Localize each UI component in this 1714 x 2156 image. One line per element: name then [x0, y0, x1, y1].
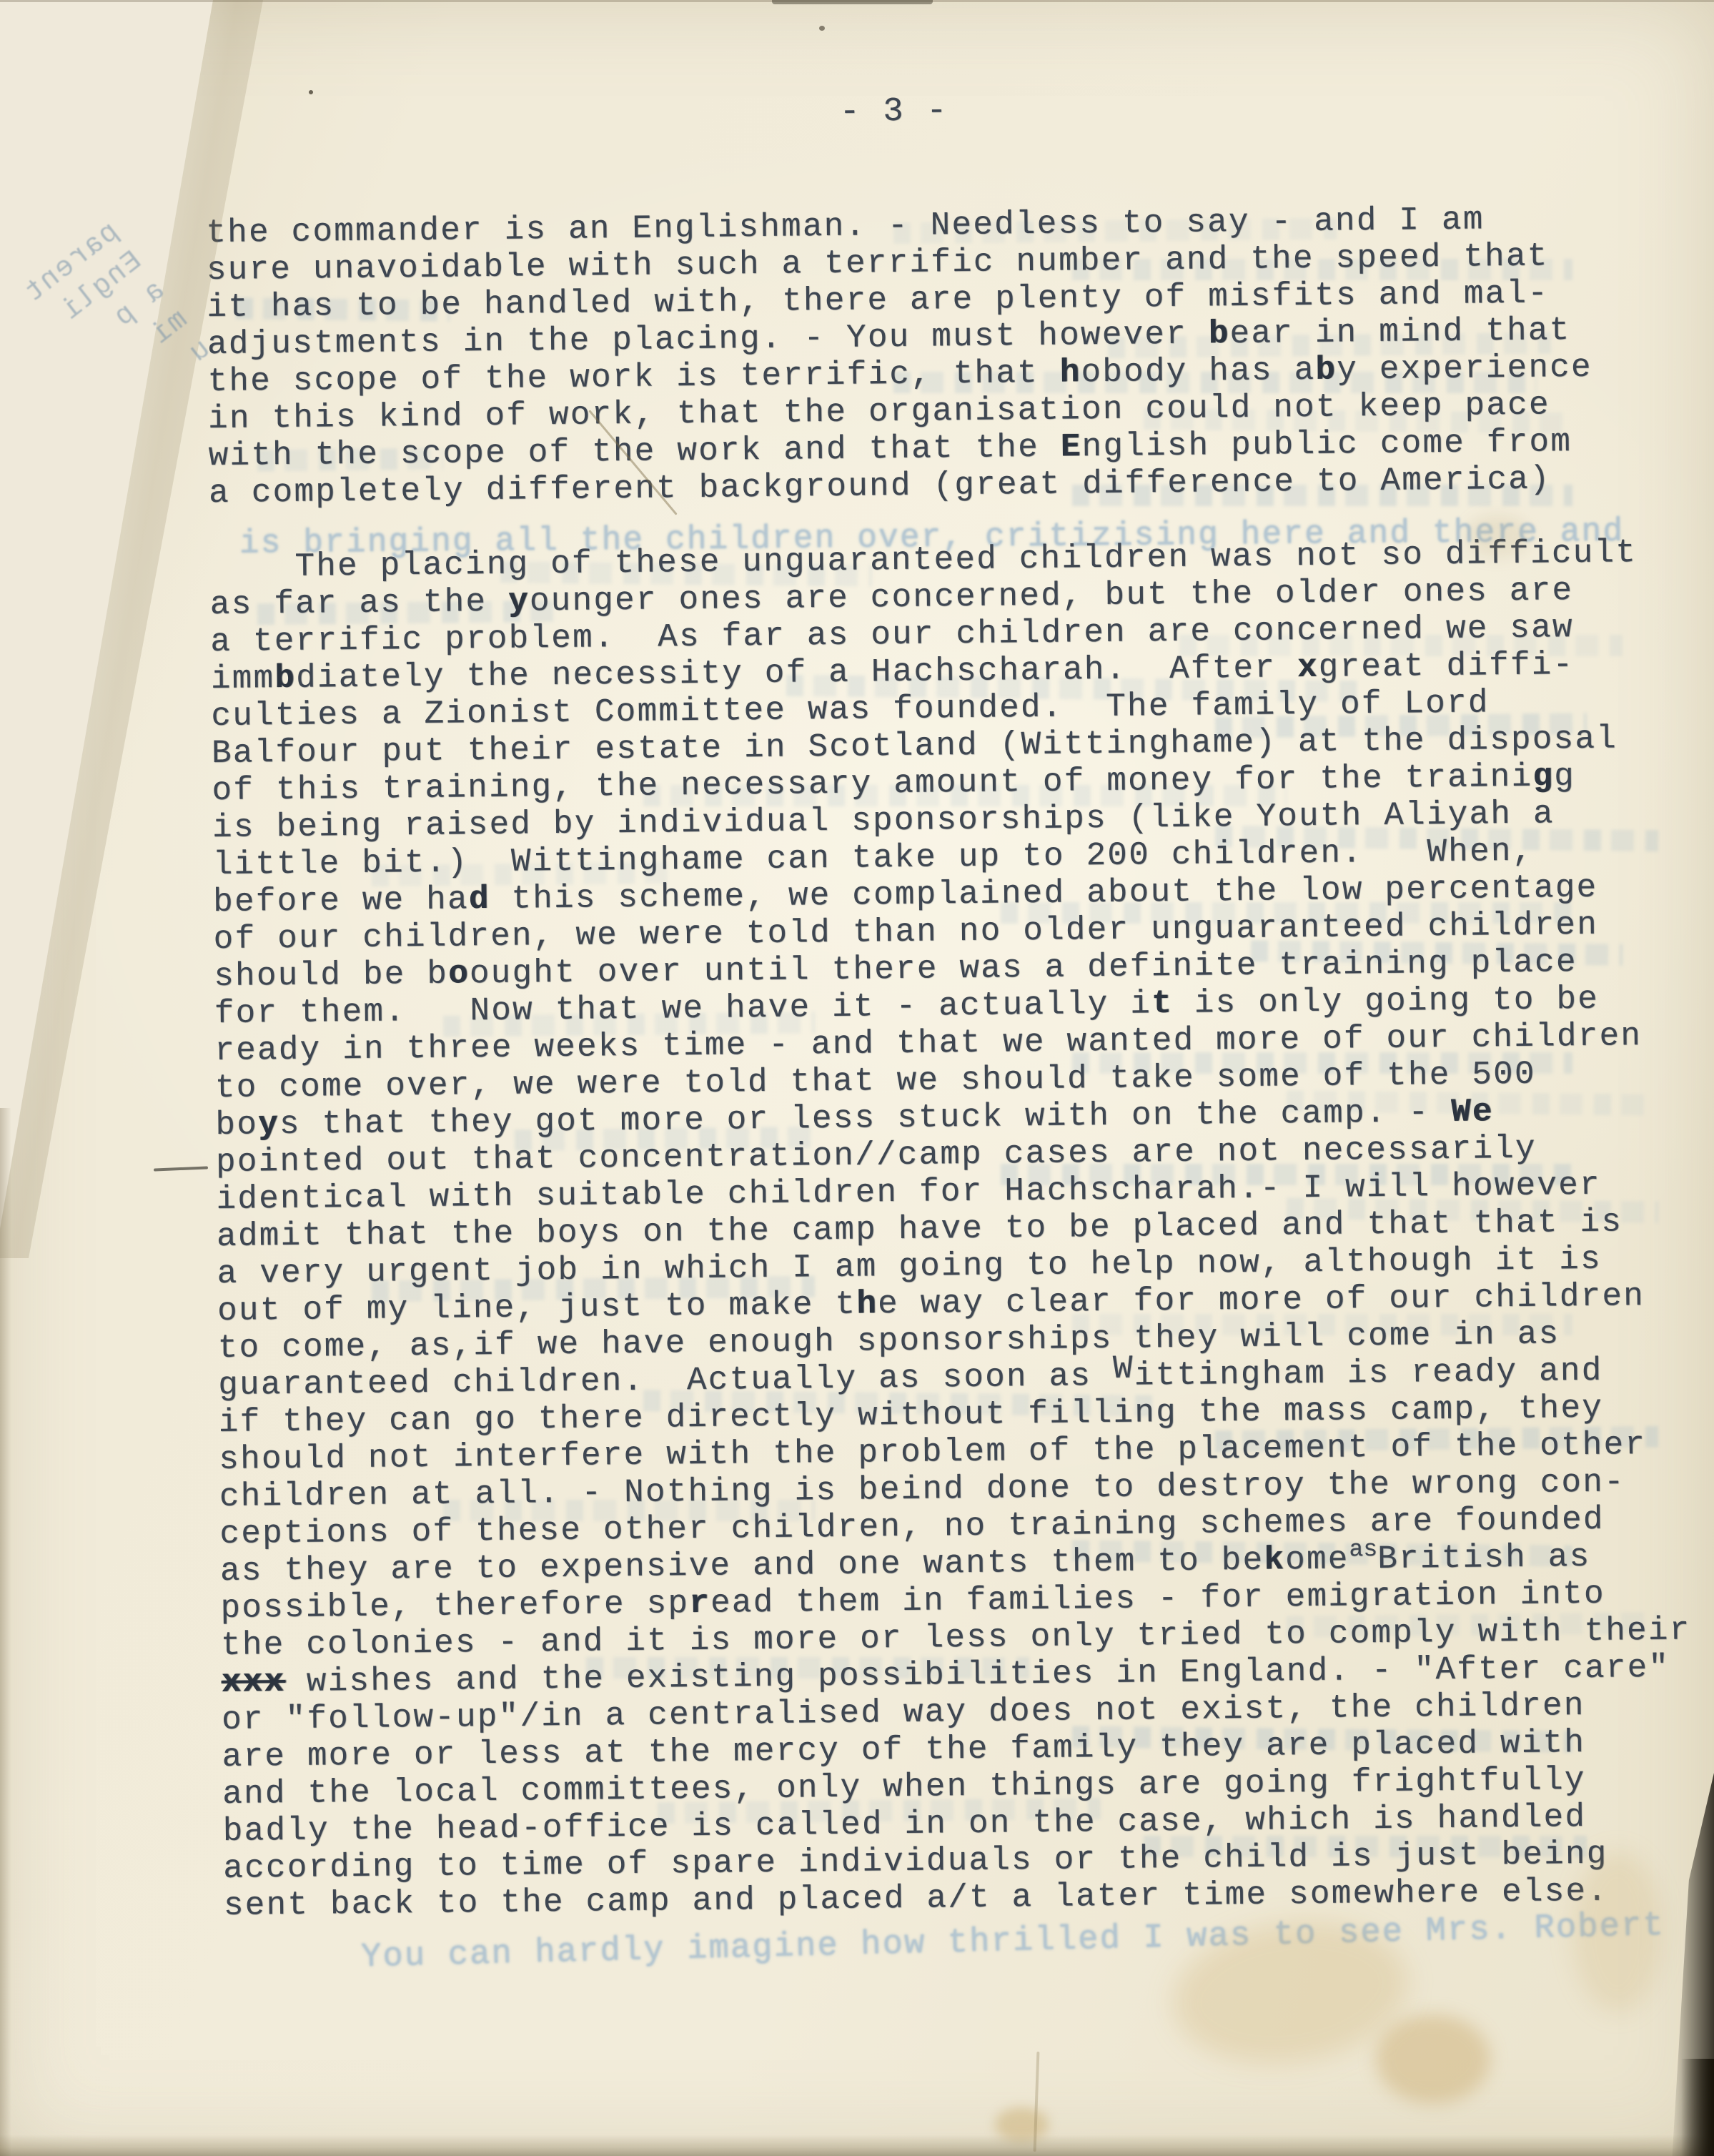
page-top-edge-mark: [772, 0, 933, 4]
stain: [1572, 1851, 1662, 2012]
typewritten-text-block: - 3 - the commander is an Englishman. - …: [204, 84, 1714, 1924]
page-bottom-edge: [0, 2135, 1714, 2156]
ink-speck: [309, 90, 313, 94]
paragraph: The placing of these unguaranteed childr…: [209, 533, 1714, 1924]
page-left-edge: [0, 1108, 11, 2156]
right-edge-shadow: [1681, 2059, 1714, 2156]
letter-body: the commander is an Englishman. - Needle…: [206, 199, 1714, 1924]
page-number: - 3 -: [839, 84, 1713, 138]
stain: [1465, 515, 1530, 558]
paragraph: the commander is an Englishman. - Needle…: [206, 199, 1714, 512]
scanned-letter-page-3: is bringing all the children over, criti…: [0, 0, 1714, 2156]
stain: [1376, 2014, 1490, 2104]
ink-speck: [819, 26, 825, 31]
